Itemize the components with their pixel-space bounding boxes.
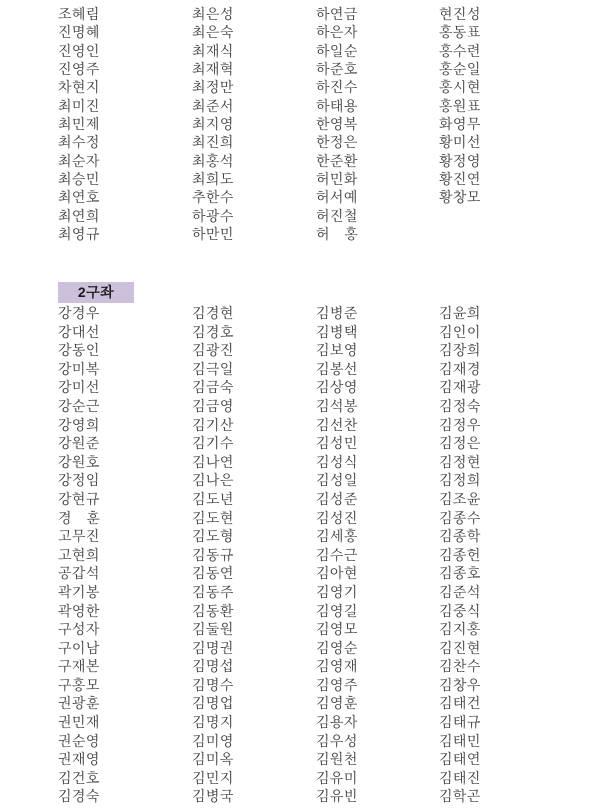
name-item: 화영무 xyxy=(439,115,481,133)
name-item: 김동주 xyxy=(192,583,234,602)
name-item: 허민화 xyxy=(316,170,358,188)
name-column-3: 김병준김병택김보영김봉선김상영김석봉김선찬김성민김성식김성일김성준김성진김세홍김… xyxy=(316,304,358,806)
name-item: 강정임 xyxy=(58,471,100,490)
name-item: 김동환 xyxy=(192,602,234,621)
name-item: 김성진 xyxy=(316,509,358,528)
name-item: 김영주 xyxy=(316,676,358,695)
name-item: 구이남 xyxy=(58,639,100,658)
name-item: 강미복 xyxy=(58,360,100,379)
name-item: 황미선 xyxy=(439,133,481,151)
section-header-2guja: 2구좌 xyxy=(58,282,134,303)
name-item: 최영규 xyxy=(58,225,100,243)
name-item: 김유빈 xyxy=(316,787,358,806)
name-item: 최승민 xyxy=(58,170,100,188)
name-item: 김인이 xyxy=(439,323,481,342)
name-item: 하광수 xyxy=(192,207,234,225)
name-item: 김장희 xyxy=(439,341,481,360)
name-item: 권재영 xyxy=(58,750,100,769)
name-item: 김진현 xyxy=(439,639,481,658)
name-item: 김중식 xyxy=(439,602,481,621)
name-item: 김재광 xyxy=(439,378,481,397)
name-item: 김민지 xyxy=(192,769,234,788)
name-item: 김성일 xyxy=(316,471,358,490)
name-item: 김금숙 xyxy=(192,378,234,397)
name-item: 김명수 xyxy=(192,676,234,695)
name-item: 최연호 xyxy=(58,188,100,206)
name-item: 김정숙 xyxy=(439,397,481,416)
name-item: 조혜림 xyxy=(58,5,100,23)
name-item: 김종헌 xyxy=(439,546,481,565)
name-item: 김병택 xyxy=(316,323,358,342)
name-item: 강동인 xyxy=(58,341,100,360)
name-item: 김종학 xyxy=(439,527,481,546)
name-item: 최정만 xyxy=(192,78,234,96)
name-item: 김금영 xyxy=(192,397,234,416)
name-item: 경 훈 xyxy=(58,509,100,528)
name-column-4: 김윤희김인이김장희김재경김재광김정숙김정우김정은김정현김정희김조윤김종수김종학김… xyxy=(439,304,481,806)
name-item: 홍순일 xyxy=(439,60,481,78)
name-item: 하태용 xyxy=(316,97,358,115)
name-item: 김찬수 xyxy=(439,657,481,676)
name-item: 권순영 xyxy=(58,732,100,751)
name-item: 하연금 xyxy=(316,5,358,23)
name-item: 최순자 xyxy=(58,152,100,170)
name-item: 김보영 xyxy=(316,341,358,360)
name-item: 김영기 xyxy=(316,583,358,602)
name-item: 김조윤 xyxy=(439,490,481,509)
name-item: 김명업 xyxy=(192,694,234,713)
name-item: 김도형 xyxy=(192,527,234,546)
name-item: 황진연 xyxy=(439,170,481,188)
name-item: 김재경 xyxy=(439,360,481,379)
name-item: 김성식 xyxy=(316,453,358,472)
name-item: 김유미 xyxy=(316,769,358,788)
name-item: 김태건 xyxy=(439,694,481,713)
name-item: 곽영한 xyxy=(58,602,100,621)
name-item: 최미진 xyxy=(58,97,100,115)
name-item: 권광훈 xyxy=(58,694,100,713)
name-item: 최은숙 xyxy=(192,23,234,41)
name-item: 김선찬 xyxy=(316,416,358,435)
name-item: 김종호 xyxy=(439,564,481,583)
name-item: 김정은 xyxy=(439,434,481,453)
name-item: 현진성 xyxy=(439,5,481,23)
name-column-3: 하연금하은자하일순하준호하진수하태용한영복한정은한준환허민화허서예허진철허 홍 xyxy=(316,5,358,243)
name-item: 김성준 xyxy=(316,490,358,509)
name-item: 김용자 xyxy=(316,713,358,732)
name-column-2: 김경현김경호김광진김극일김금숙김금영김기산김기수김나연김나은김도년김도현김도형김… xyxy=(192,304,234,806)
name-item: 김준석 xyxy=(439,583,481,602)
name-item: 하준호 xyxy=(316,60,358,78)
name-item: 김명지 xyxy=(192,713,234,732)
name-item: 구재본 xyxy=(58,657,100,676)
document-page: 조혜림진명혜진영인진영주차현지최미진최민제최수정최순자최승민최연호최연희최영규 … xyxy=(0,0,600,812)
name-item: 김태진 xyxy=(439,769,481,788)
name-item: 한정은 xyxy=(316,133,358,151)
name-item: 김나은 xyxy=(192,471,234,490)
name-item: 진영인 xyxy=(58,42,100,60)
name-item: 김광진 xyxy=(192,341,234,360)
name-item: 최홍석 xyxy=(192,152,234,170)
name-column-1: 조혜림진명혜진영인진영주차현지최미진최민제최수정최순자최승민최연호최연희최영규 xyxy=(58,5,100,243)
name-column-4: 현진성홍동표홍수련홍순일홍시현홍원표화영무황미선황정영황진연황창모 xyxy=(439,5,481,207)
name-item: 김아현 xyxy=(316,564,358,583)
name-item: 진명혜 xyxy=(58,23,100,41)
name-item: 강현규 xyxy=(58,490,100,509)
name-item: 김영길 xyxy=(316,602,358,621)
name-item: 최수정 xyxy=(58,133,100,151)
name-item: 홍원표 xyxy=(439,97,481,115)
name-item: 강원호 xyxy=(58,453,100,472)
name-item: 김도년 xyxy=(192,490,234,509)
name-item: 김극일 xyxy=(192,360,234,379)
name-item: 최은성 xyxy=(192,5,234,23)
name-item: 한준환 xyxy=(316,152,358,170)
name-item: 최연희 xyxy=(58,207,100,225)
name-item: 김정우 xyxy=(439,416,481,435)
name-item: 김기산 xyxy=(192,416,234,435)
name-item: 김태규 xyxy=(439,713,481,732)
name-item: 황창모 xyxy=(439,188,481,206)
name-item: 하일순 xyxy=(316,42,358,60)
name-item: 김영훈 xyxy=(316,694,358,713)
name-item: 김동규 xyxy=(192,546,234,565)
name-item: 구성자 xyxy=(58,620,100,639)
name-item: 하은자 xyxy=(316,23,358,41)
name-item: 김미옥 xyxy=(192,750,234,769)
name-item: 홍수련 xyxy=(439,42,481,60)
name-item: 김윤희 xyxy=(439,304,481,323)
name-item: 최희도 xyxy=(192,170,234,188)
name-item: 김나연 xyxy=(192,453,234,472)
name-item: 구홍모 xyxy=(58,676,100,695)
name-item: 김경호 xyxy=(192,323,234,342)
name-item: 김원천 xyxy=(316,750,358,769)
name-item: 황정영 xyxy=(439,152,481,170)
name-item: 최민제 xyxy=(58,115,100,133)
name-item: 강원준 xyxy=(58,434,100,453)
name-item: 김미영 xyxy=(192,732,234,751)
name-item: 김건호 xyxy=(58,769,100,788)
name-item: 허서예 xyxy=(316,188,358,206)
name-item: 고현희 xyxy=(58,546,100,565)
name-item: 김종수 xyxy=(439,509,481,528)
name-item: 김우성 xyxy=(316,732,358,751)
name-item: 김학곤 xyxy=(439,787,481,806)
name-item: 김수근 xyxy=(316,546,358,565)
name-item: 권민재 xyxy=(58,713,100,732)
name-item: 김봉선 xyxy=(316,360,358,379)
name-item: 김경현 xyxy=(192,304,234,323)
name-item: 한영복 xyxy=(316,115,358,133)
name-item: 김정현 xyxy=(439,453,481,472)
name-item: 김영재 xyxy=(316,657,358,676)
name-column-2: 최은성최은숙최재식최재혁최정만최준서최지영최진희최홍석최희도추한수하광수하만민 xyxy=(192,5,234,243)
name-item: 김도현 xyxy=(192,509,234,528)
name-item: 허 홍 xyxy=(316,225,358,243)
name-item: 곽기봉 xyxy=(58,583,100,602)
name-item: 추한수 xyxy=(192,188,234,206)
name-item: 차현지 xyxy=(58,78,100,96)
name-item: 공갑석 xyxy=(58,564,100,583)
name-item: 하진수 xyxy=(316,78,358,96)
name-item: 최재혁 xyxy=(192,60,234,78)
name-column-1: 강경우강대선강동인강미복강미선강순근강영희강원준강원호강정임강현규경 훈고무진고… xyxy=(58,304,100,806)
name-item: 김명권 xyxy=(192,639,234,658)
name-item: 김성민 xyxy=(316,434,358,453)
name-item: 허진철 xyxy=(316,207,358,225)
name-item: 김둘원 xyxy=(192,620,234,639)
name-item: 김상영 xyxy=(316,378,358,397)
name-item: 김영순 xyxy=(316,639,358,658)
name-item: 최재식 xyxy=(192,42,234,60)
name-item: 김명섭 xyxy=(192,657,234,676)
name-item: 김동연 xyxy=(192,564,234,583)
name-item: 김창우 xyxy=(439,676,481,695)
name-item: 김태민 xyxy=(439,732,481,751)
name-item: 김병준 xyxy=(316,304,358,323)
name-item: 강영희 xyxy=(58,416,100,435)
name-item: 최지영 xyxy=(192,115,234,133)
name-item: 김태연 xyxy=(439,750,481,769)
name-item: 강미선 xyxy=(58,378,100,397)
name-item: 고무진 xyxy=(58,527,100,546)
name-item: 진영주 xyxy=(58,60,100,78)
name-item: 김기수 xyxy=(192,434,234,453)
name-item: 김지홍 xyxy=(439,620,481,639)
name-item: 최준서 xyxy=(192,97,234,115)
name-item: 김세홍 xyxy=(316,527,358,546)
name-item: 홍동표 xyxy=(439,23,481,41)
name-item: 강경우 xyxy=(58,304,100,323)
name-item: 김정희 xyxy=(439,471,481,490)
name-item: 홍시현 xyxy=(439,78,481,96)
name-item: 김영모 xyxy=(316,620,358,639)
name-item: 김석봉 xyxy=(316,397,358,416)
name-item: 강대선 xyxy=(58,323,100,342)
name-item: 김경숙 xyxy=(58,787,100,806)
name-item: 최진희 xyxy=(192,133,234,151)
name-item: 김병국 xyxy=(192,787,234,806)
name-item: 하만민 xyxy=(192,225,234,243)
name-item: 강순근 xyxy=(58,397,100,416)
